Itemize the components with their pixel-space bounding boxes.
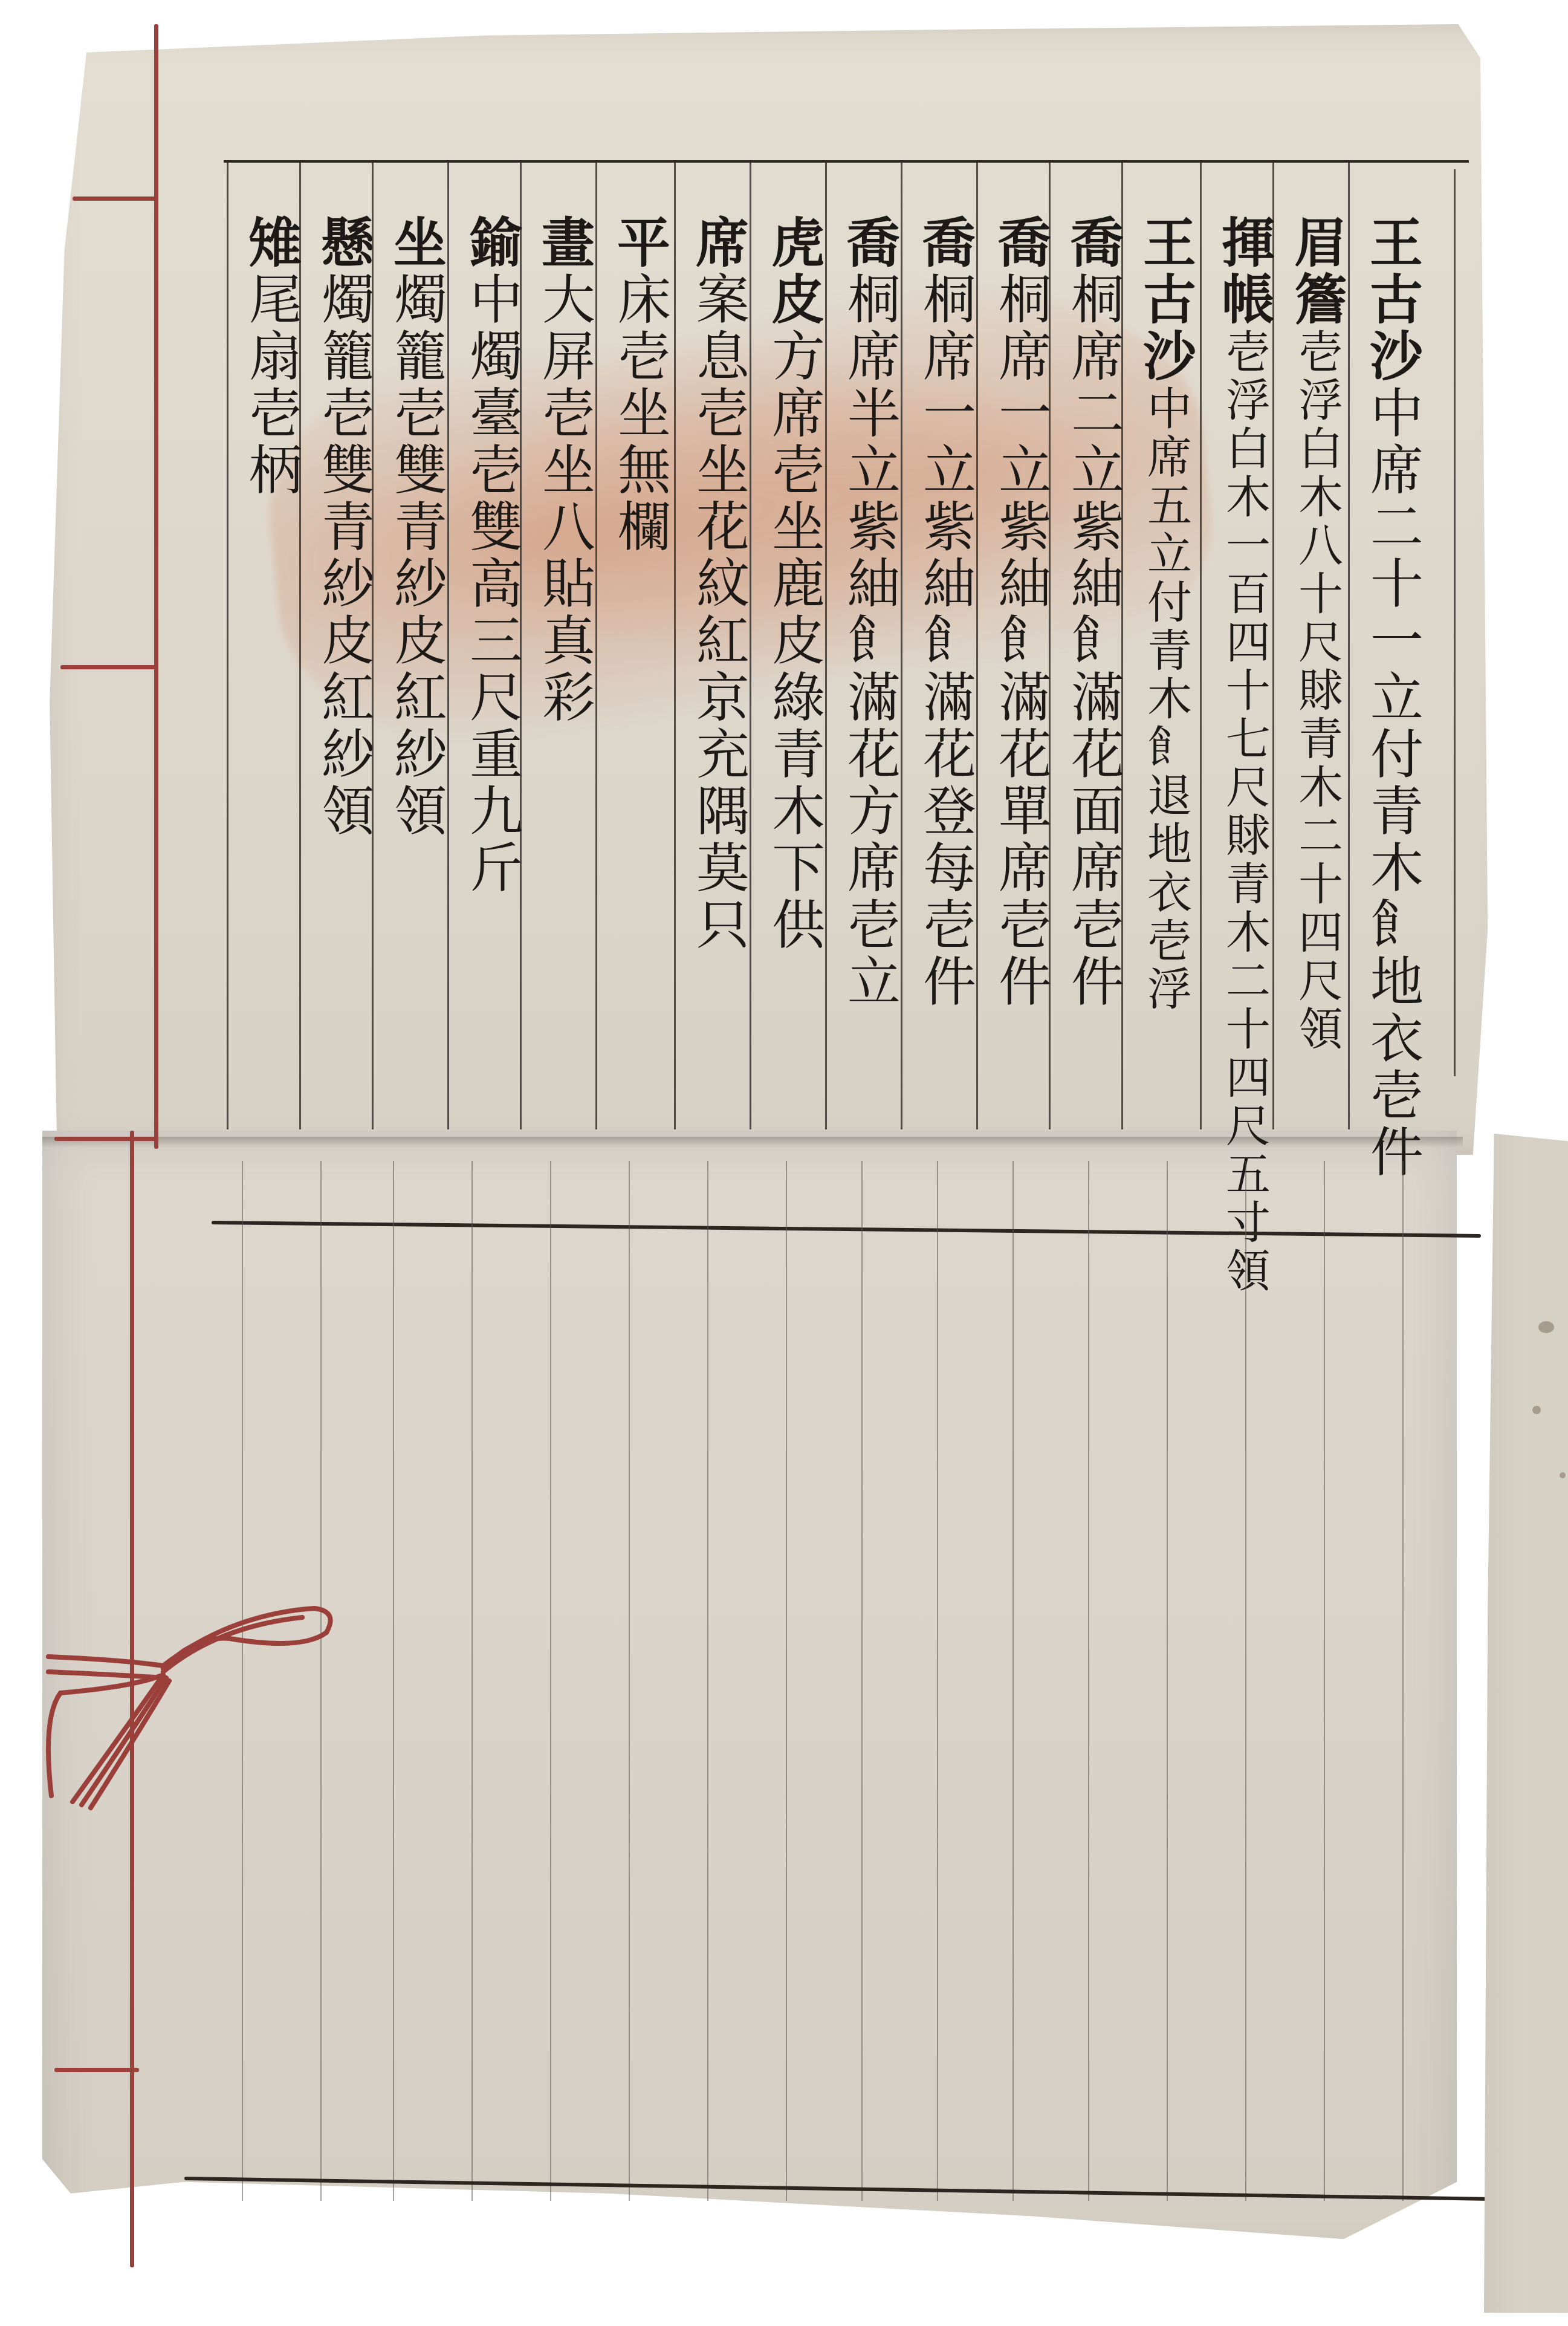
- column-text: 燭籠壱雙青紗皮紅紗領: [313, 271, 375, 840]
- column-text: 中席二十一立付青木飠地衣壱件: [1362, 385, 1424, 1181]
- column-text: 方席壱坐鹿皮綠青木下供: [763, 328, 826, 953]
- column-rule: [471, 1161, 473, 2201]
- column-rule: [674, 162, 676, 1129]
- column-head: 喬: [838, 215, 901, 271]
- column-text: 大屏壱坐八貼真彩: [534, 271, 596, 726]
- column-12: 畫大屏壱坐八貼真彩: [538, 215, 591, 726]
- column-text: 床壱坐無欄: [609, 271, 672, 556]
- page-flap: [1484, 1134, 1568, 2313]
- column-text: 桐席半立紫紬飠滿花方席壱立: [839, 271, 901, 1010]
- column-rule: [1088, 1161, 1089, 2201]
- column-head: 鍮: [461, 215, 523, 271]
- column-head: 平: [609, 215, 672, 271]
- column-15: 懸燭籠壱雙青紗皮紅紗領: [317, 215, 371, 840]
- column-rule: [937, 1161, 938, 2201]
- column-rule: [1402, 1161, 1404, 2201]
- column-rule: [550, 1161, 551, 2201]
- column-head: 懸: [313, 215, 375, 271]
- column-text: 燭籠壱雙青紗皮紅紗領: [386, 271, 448, 840]
- column-head: 喬: [990, 215, 1052, 271]
- column-rule: [629, 1161, 630, 2201]
- grid-top-border: [224, 160, 1469, 163]
- column-rule: [1200, 162, 1202, 1129]
- column-head: 雉: [240, 215, 303, 271]
- column-head: 虎皮: [763, 215, 826, 328]
- column-10: 席案息壱坐花紋紅京充隅莫只: [692, 215, 745, 953]
- column-rule: [861, 1161, 863, 2201]
- column-head: 畫: [533, 215, 596, 271]
- column-rule: [393, 1161, 394, 2201]
- column-head: 王古沙: [1361, 215, 1424, 385]
- column-rule: [227, 162, 228, 1129]
- column-rule: [1167, 1161, 1168, 2201]
- column-14: 坐燭籠壱雙青紗皮紅紗領: [390, 215, 443, 840]
- column-rule: [707, 1161, 708, 2201]
- column-head: 喬: [914, 215, 977, 271]
- column-2: 眉簷壱浮白木八十尺賕青木二十四尺領: [1291, 215, 1344, 1054]
- column-head: 揮帳: [1213, 215, 1276, 328]
- column-3: 揮帳壱浮白木一百四十七尺賕青木二十四尺五寸領: [1218, 215, 1271, 1296]
- column-8: 喬桐席半立紫紬飠滿花方席壱立: [843, 215, 896, 1010]
- column-9: 虎皮方席壱坐鹿皮綠青木下供: [768, 215, 821, 953]
- column-4: 王古沙中席五立付青木飠退地衣壱浮: [1139, 215, 1193, 1014]
- column-16: 雉尾扇壱柄: [245, 215, 298, 499]
- binding-thread-stitch: [54, 1137, 157, 1141]
- wormhole: [1538, 1321, 1554, 1333]
- column-rule: [1454, 169, 1456, 1076]
- column-text: 中席五立付青木飠退地衣壱浮: [1140, 385, 1192, 1014]
- column-text: 桐席一立紫紬飠滿花單席壱件: [990, 271, 1052, 1010]
- manuscript-book: 王古沙中席二十一立付青木飠地衣壱件 眉簷壱浮白木八十尺賕青木二十四尺領 揮帳壱浮…: [42, 24, 1517, 2273]
- column-6: 喬桐席一立紫紬飠滿花單席壱件: [994, 215, 1048, 1010]
- column-text: 壱浮白木八十尺賕青木二十四尺領: [1291, 328, 1343, 1054]
- wormhole: [1532, 1406, 1541, 1414]
- column-11: 平床壱坐無欄: [614, 215, 667, 556]
- column-13: 鍮中燭臺壱雙高三尺重九斤: [465, 215, 519, 897]
- column-rule: [1324, 1161, 1325, 2201]
- column-text: 壱浮白木一百四十七尺賕青木二十四尺五寸領: [1219, 328, 1271, 1296]
- binding-thread-stitch: [60, 665, 157, 669]
- column-7: 喬桐席一立紫紬飠滿花登每壱件: [919, 215, 972, 1010]
- wormhole: [1560, 1472, 1566, 1478]
- column-text: 案息壱坐花紋紅京充隅莫只: [688, 271, 750, 953]
- column-rule: [786, 1161, 787, 2201]
- column-rule: [1012, 1161, 1014, 2201]
- column-5: 喬桐席二立紫紬飠滿花面席壱件: [1067, 215, 1120, 1010]
- binding-thread-stitch: [54, 2068, 139, 2072]
- column-text: 中燭臺壱雙高三尺重九斤: [461, 271, 523, 897]
- column-head: 坐: [385, 215, 448, 271]
- binding-thread-stitch: [73, 197, 157, 201]
- column-head: 喬: [1062, 215, 1125, 271]
- column-text: 桐席二立紫紬飠滿花面席壱件: [1063, 271, 1125, 1010]
- column-head: 席: [687, 215, 750, 271]
- column-text: 尾扇壱柄: [241, 271, 303, 499]
- column-head: 眉簷: [1286, 215, 1349, 328]
- column-text: 桐席一立紫紬飠滿花登每壱件: [915, 271, 977, 1010]
- binding-thread-vertical: [154, 24, 158, 1149]
- column-rule: [1245, 1161, 1246, 2201]
- column-head: 王古沙: [1135, 215, 1197, 385]
- column-1: 王古沙中席二十一立付青木飠地衣壱件: [1366, 215, 1419, 1181]
